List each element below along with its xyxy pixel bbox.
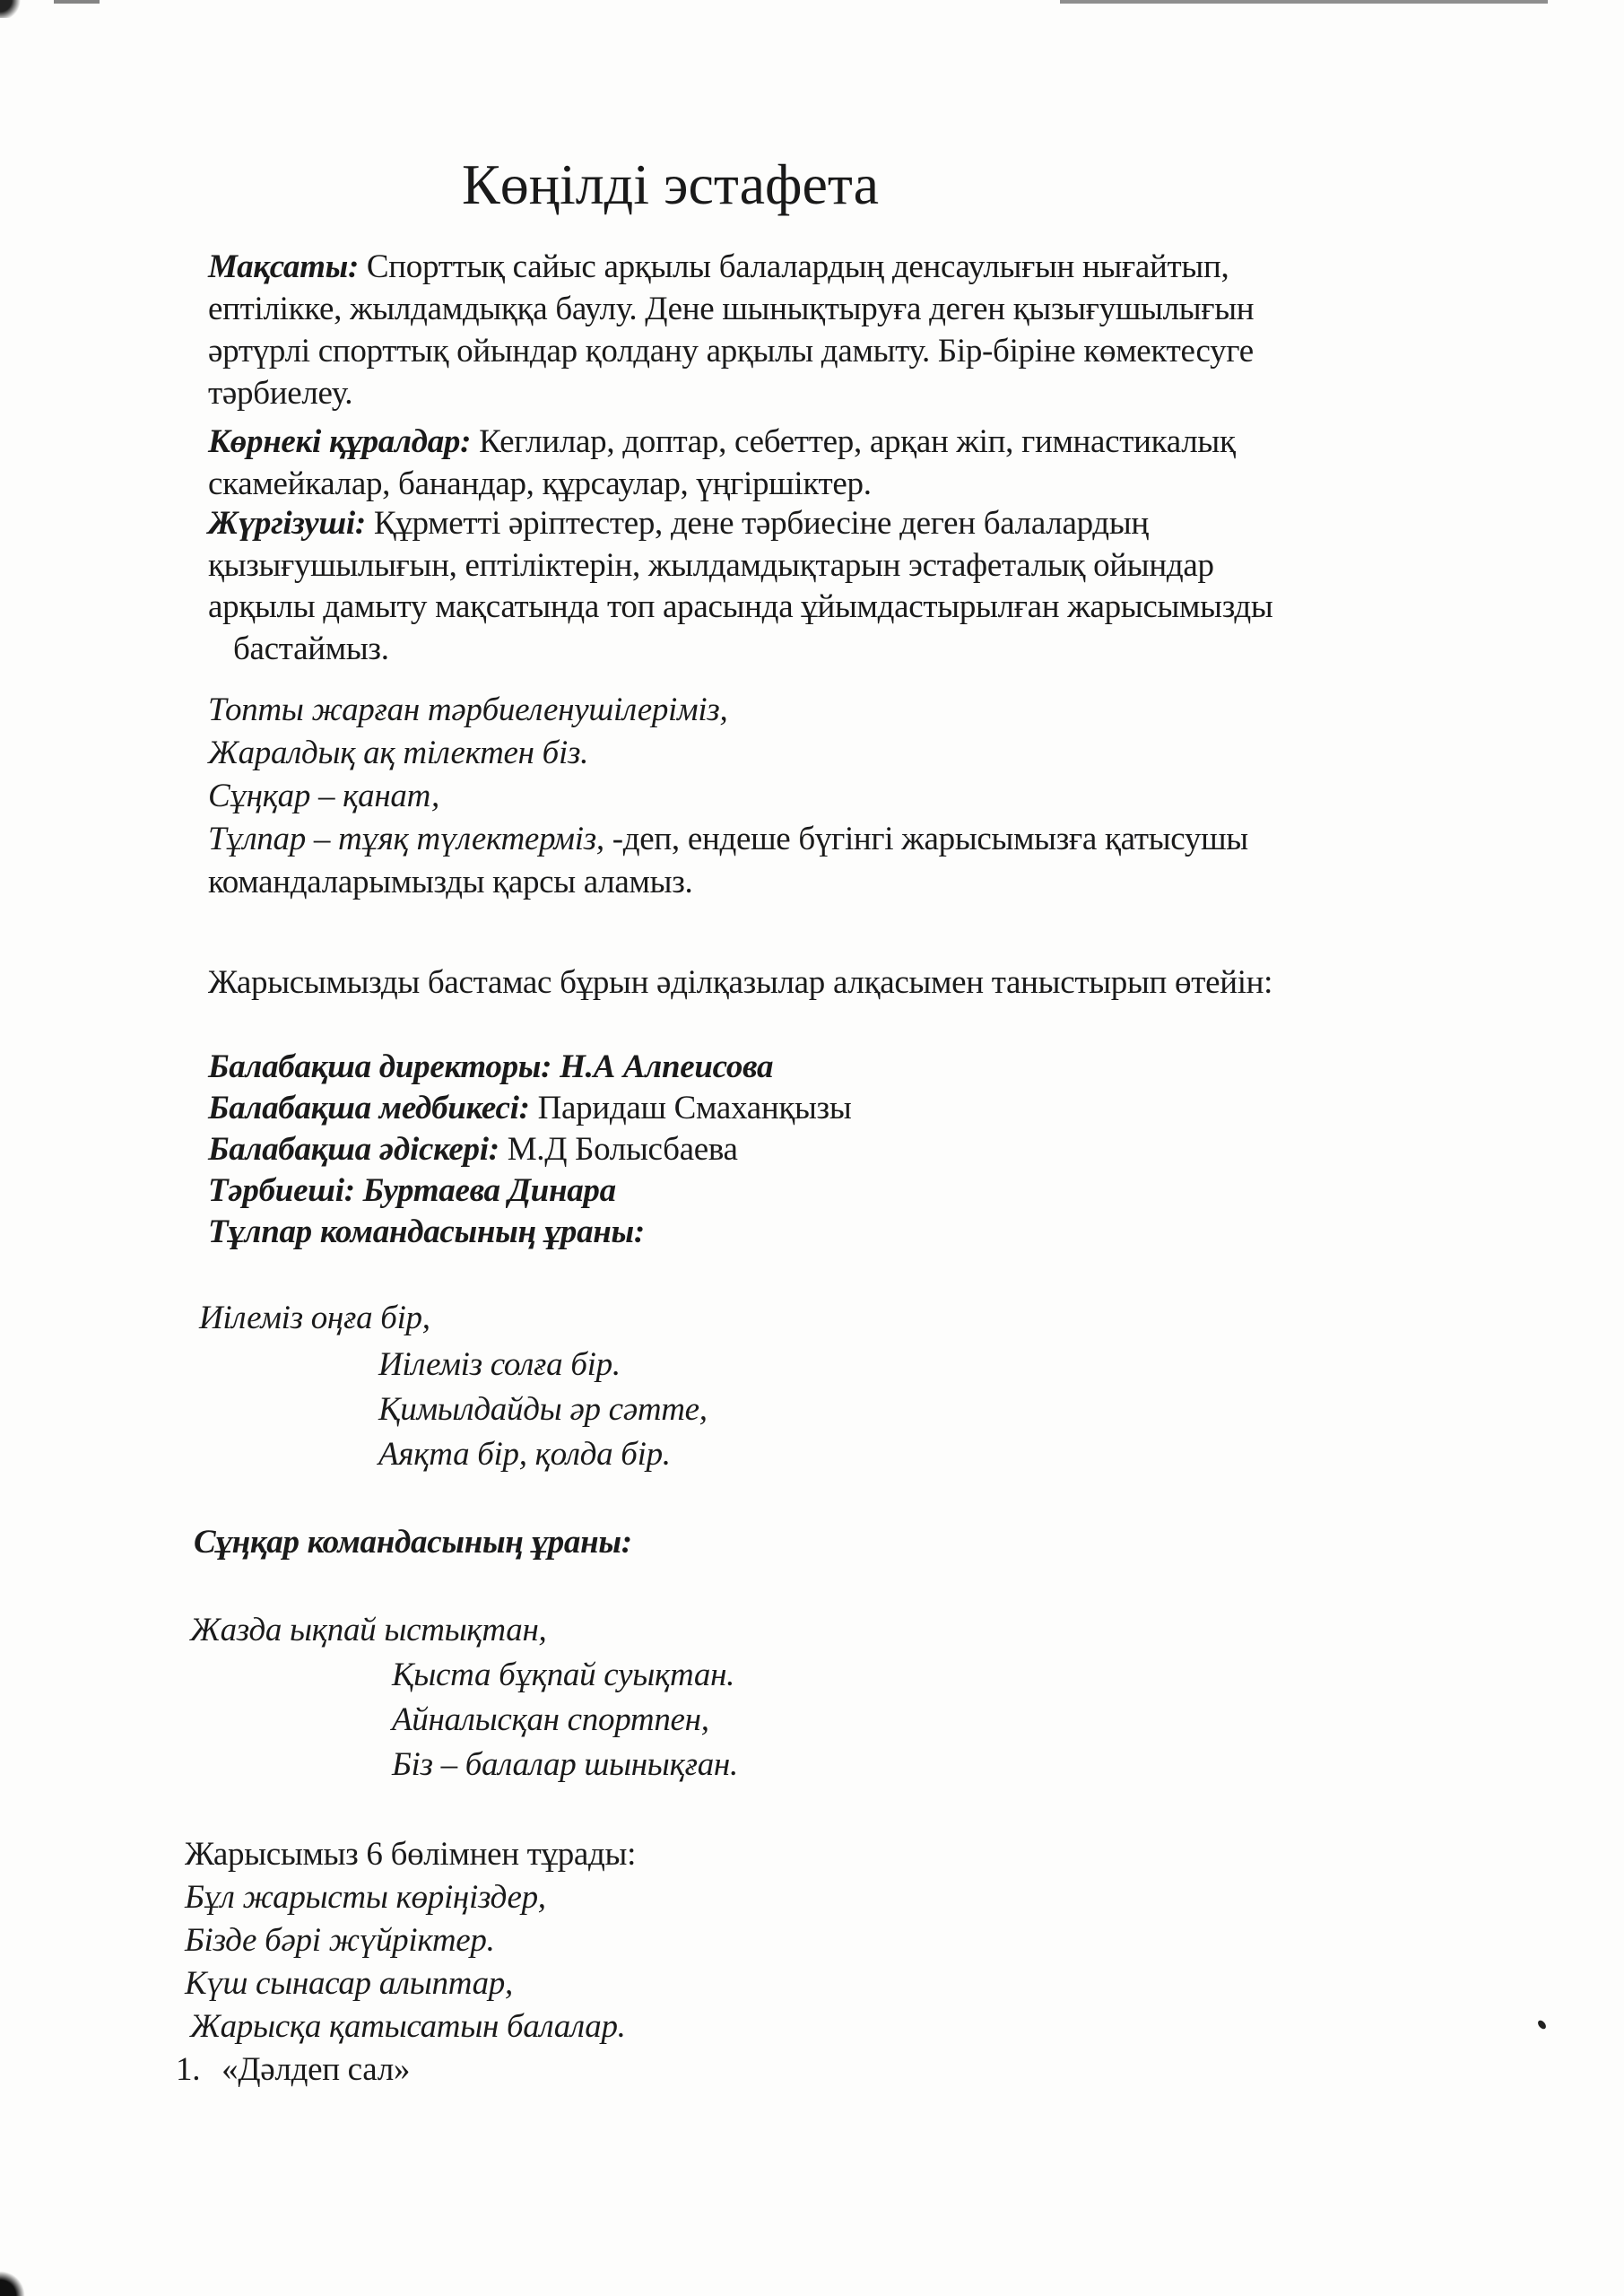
materials-line: Көрнекі құралдар: Кеглилар, доптар, себе… xyxy=(208,422,1236,462)
team1-chant-line: Қимылдайды әр сәтте, xyxy=(378,1390,708,1430)
section-item: 1.«Дәлдеп сал» xyxy=(176,2050,410,2090)
host-text: Құрметті әріптестер, дене тәрбиесіне дег… xyxy=(366,505,1149,542)
poem2-line: Бізде бәрі жүйріктер. xyxy=(185,1921,495,1961)
team2-chant-line: Біз – балалар шынықған. xyxy=(392,1745,738,1785)
goal-text: Спорттық сайыс арқылы балалардың денсаул… xyxy=(359,248,1229,285)
goal-line: ептілікке, жылдамдыққа баулу. Дене шынық… xyxy=(208,290,1254,329)
team2-chant-line: Айналысқан спортпен, xyxy=(392,1700,709,1740)
jury-name: Буртаева Динара xyxy=(355,1172,616,1209)
poem-line: Сұңқар – қанат, xyxy=(208,777,439,816)
scan-corner-bottom-left xyxy=(0,2271,25,2296)
jury-member: Тәрбиеші: Буртаева Динара xyxy=(208,1171,616,1211)
scan-corner-top-left xyxy=(0,0,23,18)
team1-chant-line: Иілеміз оңға бір, xyxy=(199,1299,430,1338)
section-number: 1. xyxy=(176,2051,200,2088)
poem-line: Топты жарған тәрбиеленушілеріміз, xyxy=(208,691,727,730)
host-line: арқылы дамыту мақсатында топ арасында ұй… xyxy=(208,587,1272,627)
materials-label: Көрнекі құралдар: xyxy=(208,423,471,460)
team1-chant-line: Иілеміз солға бір. xyxy=(378,1345,621,1385)
host-line: бастаймыз. xyxy=(233,630,389,669)
scan-speck xyxy=(1536,2019,1547,2031)
poem2-line: Бұл жарысты көріңіздер, xyxy=(185,1878,546,1918)
goal-line: әртүрлі спорттық ойындар қолдану арқылы … xyxy=(208,332,1254,371)
team2-chant-line: Қыста бұқпай суықтан. xyxy=(392,1656,734,1695)
section-name: «Дәлдеп сал» xyxy=(221,2051,410,2088)
poem-line: Жаралдық ақ тілектен біз. xyxy=(208,734,588,773)
team2-chant-line: Жазда ықпай ыстықтан, xyxy=(190,1611,546,1650)
scanned-page: Көңілді эстафета Мақсаты: Спорттық сайыс… xyxy=(0,0,1624,2296)
poem-tail-line: командаларымызды қарсы аламыз. xyxy=(208,863,692,902)
sections-intro: Жарысымыз 6 бөлімнен тұрады: xyxy=(185,1835,636,1874)
team2-heading: Сұңқар командасының ұраны: xyxy=(194,1523,632,1562)
poem-line-text: Тұлпар – тұяқ түлектерміз, xyxy=(208,821,604,857)
team1-chant-line: Аяқта бір, қолда бір. xyxy=(378,1435,671,1474)
jury-intro: Жарысымызды бастамас бұрын әділқазылар а… xyxy=(208,963,1272,1003)
host-label: Жүргізуші: xyxy=(208,505,366,542)
jury-name: Паридаш Смаханқызы xyxy=(530,1090,852,1126)
page-title: Көңілді эстафета xyxy=(462,151,879,219)
poem2-line: Жарысқа қатысатын балалар. xyxy=(190,2007,626,2047)
jury-role: Балабақша медбикесі: xyxy=(208,1090,530,1126)
jury-member: Балабақша әдіскері: М.Д Болысбаева xyxy=(208,1130,738,1170)
poem-tail: -деп, ендеше бүгінгі жарысымызға қатысуш… xyxy=(604,821,1248,857)
scan-edge-top xyxy=(54,0,1578,4)
goal-line: тәрбиелеу. xyxy=(208,374,352,413)
goal-label: Мақсаты: xyxy=(208,248,359,285)
jury-role: Балабақша әдіскері: xyxy=(208,1131,499,1168)
jury-name: Н.А Алпеисова xyxy=(551,1048,773,1085)
goal-line: Мақсаты: Спорттық сайыс арқылы балаларды… xyxy=(208,248,1229,287)
jury-name: М.Д Болысбаева xyxy=(499,1131,738,1168)
team1-heading: Тұлпар командасының ұраны: xyxy=(208,1213,645,1252)
jury-role: Тәрбиеші: xyxy=(208,1172,355,1209)
jury-member: Балабақша директоры: Н.А Алпеисова xyxy=(208,1048,773,1087)
poem2-line: Күш сынасар алыптар, xyxy=(185,1964,513,2004)
host-line: қызығушылығын, ептіліктерін, жылдамдықта… xyxy=(208,546,1214,586)
jury-member: Балабақша медбикесі: Паридаш Смаханқызы xyxy=(208,1089,851,1128)
materials-text: Кеглилар, доптар, себеттер, арқан жіп, г… xyxy=(471,423,1235,460)
materials-line: скамейкалар, банандар, құрсаулар, үңгірш… xyxy=(208,465,872,504)
poem-line: Тұлпар – тұяқ түлектерміз, -деп, ендеше … xyxy=(208,820,1248,859)
jury-role: Балабақша директоры: xyxy=(208,1048,551,1085)
host-line: Жүргізуші: Құрметті әріптестер, дене тәр… xyxy=(208,504,1149,544)
